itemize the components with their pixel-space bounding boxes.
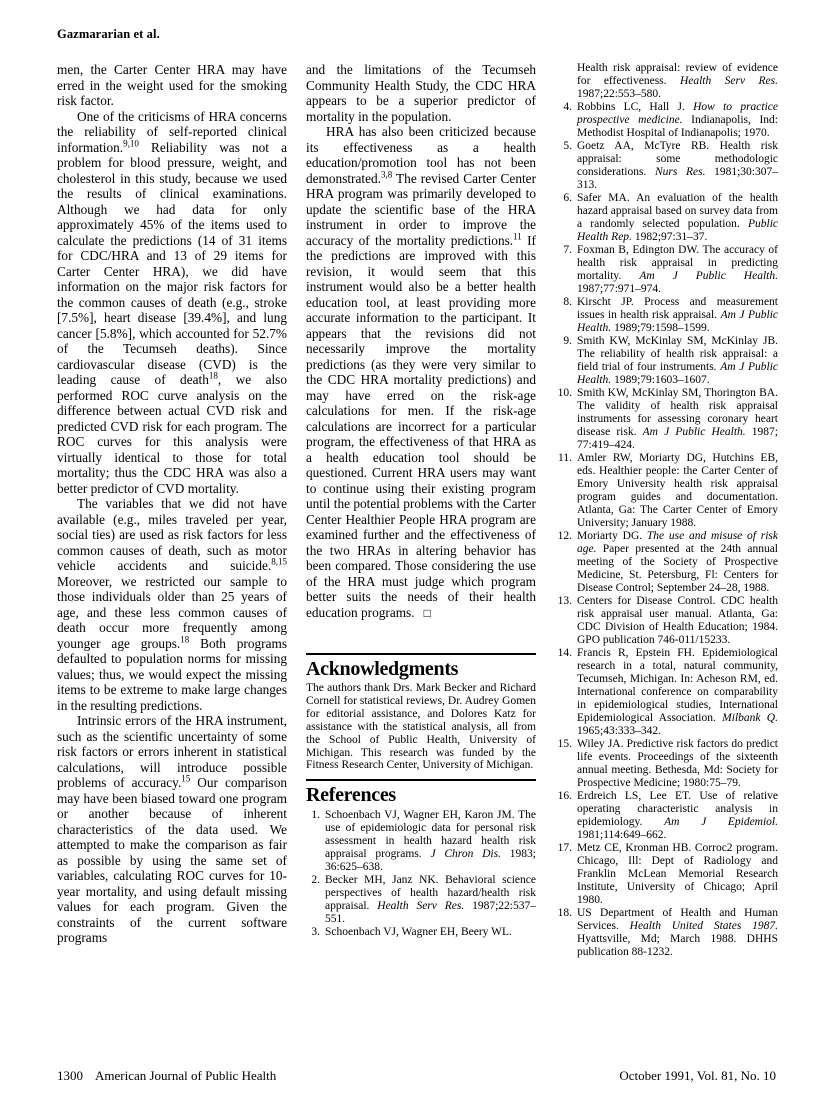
citation-superscript: 15 [181,774,190,784]
reference-number: 12. [555,530,577,595]
text-segment: Moriarty DG. [577,530,647,542]
reference-item: 10.Smith KW, McKinlay SM, Thorington BA.… [555,387,778,452]
reference-item: 4.Robbins LC, Hall J. How to practice pr… [555,101,778,140]
italic-title: Nurs Res. [655,166,706,178]
reference-text: Kirscht JP. Process and measurement issu… [577,296,778,335]
text-segment: Reliability was not a problem for blood … [57,140,287,388]
citation-superscript: 9,10 [123,138,139,148]
text-segment: , we also performed ROC curve analysis o… [57,372,287,496]
text-segment: Hyattsville, Md; March 1988. DHHS public… [577,933,778,958]
reference-number: 5. [555,140,577,192]
reference-number [555,62,577,101]
text-segment: 1987;77:971–974. [577,283,661,295]
column-3: Health risk appraisal: review of evidenc… [555,62,778,959]
reference-text: Robbins LC, Hall J. How to practice pros… [577,101,778,140]
reference-item: 9.Smith KW, McKinlay SM, McKinlay JB. Th… [555,335,778,387]
reference-text: Foxman B, Edington DW. The accuracy of h… [577,244,778,296]
reference-number: 8. [555,296,577,335]
italic-title: Health United States 1987. [630,920,778,932]
reference-item: 3.Schoenbach VJ, Wagner EH, Beery WL. [306,926,536,939]
reference-number: 4. [555,101,577,140]
end-of-article-box: □ [424,606,431,620]
reference-text: Metz CE, Kronman HB. Corroc2 program. Ch… [577,842,778,907]
reference-number: 3. [306,926,325,939]
reference-item: 8.Kirscht JP. Process and measurement is… [555,296,778,335]
citation-superscript: 11 [513,231,522,241]
italic-title: Am J Epidemiol. [664,816,778,828]
reference-item: 16.Erdreich LS, Lee ET. Use of relative … [555,790,778,842]
reference-number: 11. [555,452,577,530]
reference-item: 6.Safer MA. An evaluation of the health … [555,192,778,244]
reference-item: 18.US Department of Health and Human Ser… [555,907,778,959]
text-segment: Centers for Disease Control. CDC health … [577,595,778,646]
section-rule [306,653,536,655]
reference-item: 12.Moriarty DG. The use and misuse of ri… [555,530,778,595]
citation-superscript: 8,15 [271,557,287,567]
text-segment: If the predictions are improved with thi… [306,233,536,620]
reference-number: 10. [555,387,577,452]
text-segment: The variables that we did not have avail… [57,496,287,573]
text-segment: 1989;79:1603–1607. [611,374,709,386]
reference-text: Smith KW, McKinlay SM, McKinlay JB. The … [577,335,778,387]
acknowledgments-text: The authors thank Drs. Mark Becker and R… [306,682,536,772]
italic-title: Health Serv Res. [377,900,464,912]
reference-item: 17.Metz CE, Kronman HB. Corroc2 program.… [555,842,778,907]
reference-text: Wiley JA. Predictive risk factors do pre… [577,738,778,790]
reference-number: 16. [555,790,577,842]
reference-number: 14. [555,647,577,738]
footer-issue: October 1991, Vol. 81, No. 10 [619,1068,776,1083]
page-number: 1300 [57,1068,83,1083]
running-head: Gazmararian et al. [57,27,777,42]
citation-superscript: 3,8 [381,169,392,179]
text-segment: Metz CE, Kronman HB. Corroc2 program. Ch… [577,842,778,906]
italic-title: Milbank Q. [722,712,778,724]
reference-item: 11.Amler RW, Moriarty DG, Hutchins EB, e… [555,452,778,530]
reference-item: 2.Becker MH, Janz NK. Behavioral science… [306,874,536,926]
discussion-text: and the limitations of the Tecumseh Comm… [306,62,536,621]
text-segment: 1987;22:553–580. [577,88,661,100]
text-segment: 1981;114:649–662. [577,829,666,841]
text-segment: Paper presented at the 24th annual meeti… [577,543,778,594]
paragraph: The variables that we did not have avail… [57,496,287,713]
references-heading: References [306,784,536,806]
reference-text: Amler RW, Moriarty DG, Hutchins EB, eds.… [577,452,778,530]
reference-text: Francis R, Epstein FH. Epidemiological r… [577,647,778,738]
text-segment: 1982;97:31–37. [632,231,707,243]
paragraph: HRA has also been criticized because its… [306,124,536,621]
text-segment: Robbins LC, Hall J. [577,101,693,113]
reference-text: Moriarty DG. The use and misuse of risk … [577,530,778,595]
reference-text: Goetz AA, McTyre RB. Health risk apprais… [577,140,778,192]
section-rule [306,779,536,781]
italic-title: Am J Public Health. [639,270,778,282]
acknowledgments-heading: Acknowledgments [306,658,536,680]
reference-item: 14.Francis R, Epstein FH. Epidemiologica… [555,647,778,738]
text-segment: Our comparison may have been biased towa… [57,775,287,945]
paragraph: men, the Carter Center HRA may have erre… [57,62,287,109]
text-segment: men, the Carter Center HRA may have erre… [57,62,287,108]
citation-superscript: 18 [180,634,189,644]
reference-text: Health risk appraisal: review of evidenc… [577,62,778,101]
page-footer: 1300American Journal of Public Health Oc… [57,1068,776,1083]
reference-number: 2. [306,874,325,926]
citation-superscript: 18 [209,371,218,381]
reference-list: Health risk appraisal: review of evidenc… [555,62,778,959]
reference-item: 15.Wiley JA. Predictive risk factors do … [555,738,778,790]
reference-item: Health risk appraisal: review of evidenc… [555,62,778,101]
reference-number: 15. [555,738,577,790]
reference-item: 13.Centers for Disease Control. CDC heal… [555,595,778,647]
reference-text: Becker MH, Janz NK. Behavioral science p… [325,874,536,926]
reference-list: 1.Schoenbach VJ, Wagner EH, Karon JM. Th… [306,809,536,939]
article-body: men, the Carter Center HRA may have erre… [57,62,777,959]
reference-number: 13. [555,595,577,647]
italic-title: Am J Public Health. [643,426,746,438]
reference-text: Centers for Disease Control. CDC health … [577,595,778,647]
reference-number: 18. [555,907,577,959]
footer-left: 1300American Journal of Public Health [57,1068,276,1083]
journal-name: American Journal of Public Health [95,1068,276,1083]
reference-number: 6. [555,192,577,244]
reference-item: 5.Goetz AA, McTyre RB. Health risk appra… [555,140,778,192]
reference-number: 1. [306,809,325,874]
italic-title: Health Serv Res. [680,75,778,87]
text-segment: Wiley JA. Predictive risk factors do pre… [577,738,778,789]
reference-text: Smith KW, McKinlay SM, Thorington BA. Th… [577,387,778,452]
reference-text: Erdreich LS, Lee ET. Use of relative ope… [577,790,778,842]
text-segment: 1989;79:1598–1599. [611,322,709,334]
italic-title: J Chron Dis. [430,848,501,860]
reference-item: 1.Schoenbach VJ, Wagner EH, Karon JM. Th… [306,809,536,874]
journal-page: Gazmararian et al. men, the Carter Cente… [0,0,816,1105]
text-segment: Amler RW, Moriarty DG, Hutchins EB, eds.… [577,452,778,529]
column-2: and the limitations of the Tecumseh Comm… [306,62,536,939]
text-segment: and the limitations of the Tecumseh Comm… [306,62,536,124]
reference-text: Schoenbach VJ, Wagner EH, Beery WL. [325,926,536,939]
reference-text: Schoenbach VJ, Wagner EH, Karon JM. The … [325,809,536,874]
paragraph: One of the criticisms of HRA concerns th… [57,109,287,497]
reference-number: 7. [555,244,577,296]
reference-item: 7.Foxman B, Edington DW. The accuracy of… [555,244,778,296]
reference-number: 17. [555,842,577,907]
reference-text: US Department of Health and Human Servic… [577,907,778,959]
text-segment: Schoenbach VJ, Wagner EH, Beery WL. [325,926,512,938]
column-1: men, the Carter Center HRA may have erre… [57,62,287,946]
reference-text: Safer MA. An evaluation of the health ha… [577,192,778,244]
paragraph: and the limitations of the Tecumseh Comm… [306,62,536,124]
text-segment: 1965;43:333–342. [577,725,661,737]
paragraph: Intrinsic errors of the HRA instrument, … [57,713,287,946]
reference-number: 9. [555,335,577,387]
